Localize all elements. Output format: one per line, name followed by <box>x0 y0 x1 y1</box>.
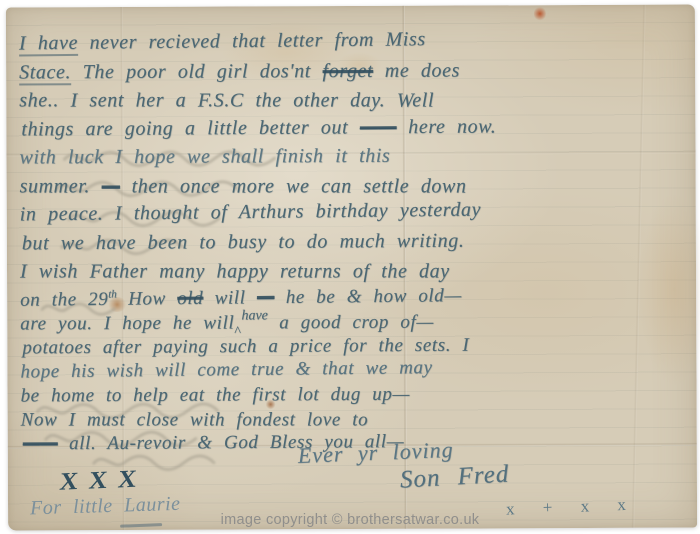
strike-text: —— <box>23 433 58 454</box>
letter-line: with luck I hope we shall finish it this <box>19 144 689 175</box>
letter-text: be home to help eat the first lot dug up… <box>21 383 411 406</box>
scanned-letter: I have never recieved that letter from M… <box>0 0 700 534</box>
strike-text: — <box>257 287 275 308</box>
underline-text: I have <box>19 32 78 57</box>
sup-text: th <box>108 288 117 300</box>
letter-text: but we have been to busy to do much writ… <box>22 229 465 254</box>
letter-text: I wish Father many happy returns of the … <box>20 260 450 282</box>
signature: Son Fred <box>399 460 510 494</box>
letter-text: are you. I hope he will <box>20 312 234 334</box>
strike-text: — <box>102 175 120 197</box>
letter-line: Stace. The poor old girl dos'nt forget m… <box>19 58 689 89</box>
strike-text: —— <box>360 116 397 138</box>
letter-line: she.. I sent her a F.S.C the other day. … <box>19 89 689 117</box>
copyright-watermark: image copyright © brothersatwar.co.uk <box>0 512 700 528</box>
letter-line: I have never recieved that letter from M… <box>19 25 689 61</box>
letter-text: here now. <box>397 115 497 138</box>
letter-text: How <box>117 288 178 310</box>
letter-text: The poor old girl dos'nt <box>71 60 323 83</box>
letter-text: never recieved that letter from Miss <box>78 28 426 54</box>
letter-body: I have never recieved that letter from M… <box>19 30 691 457</box>
letter-text: he be & how old— <box>274 285 462 308</box>
letter-line: be home to help eat the first lot dug up… <box>21 382 691 409</box>
letter-line: but we have been to busy to do much writ… <box>22 228 692 261</box>
letter-text: she.. I sent her a F.S.C the other day. … <box>19 89 434 111</box>
rust-stain <box>534 6 546 21</box>
letter-text: hope his wish will come true & that we m… <box>20 357 432 382</box>
strike-text: old <box>177 287 203 308</box>
letter-text: a good crop of— <box>268 311 434 333</box>
strike-text: forget <box>322 59 373 81</box>
letter-paper: I have never recieved that letter from M… <box>6 4 697 530</box>
letter-line: are you. I hope he will^have a good crop… <box>20 310 690 337</box>
letter-text: me does <box>373 59 460 81</box>
letter-text: with luck I hope we shall finish it this <box>19 145 390 169</box>
letter-line: things are going a little better out —— … <box>21 114 691 147</box>
letter-text: summer. <box>20 175 102 197</box>
letter-text: in peace. I thought of Arthurs birthday … <box>20 199 482 226</box>
underline-text: Stace. <box>19 61 71 85</box>
insert-text: have <box>241 308 268 324</box>
letter-text: potatoes after paying such a price for t… <box>22 334 469 358</box>
letter-text: then once more we can settle down <box>120 175 467 197</box>
letter-line: in peace. I thought of Arthurs birthday … <box>20 196 690 232</box>
letter-text: Now I must close with fondest love to <box>21 409 369 430</box>
kisses-marks-left: XXX <box>58 465 148 496</box>
letter-text: will <box>203 287 257 309</box>
letter-text: on the 29 <box>20 288 108 310</box>
letter-text: things are going a little better out <box>21 116 360 140</box>
